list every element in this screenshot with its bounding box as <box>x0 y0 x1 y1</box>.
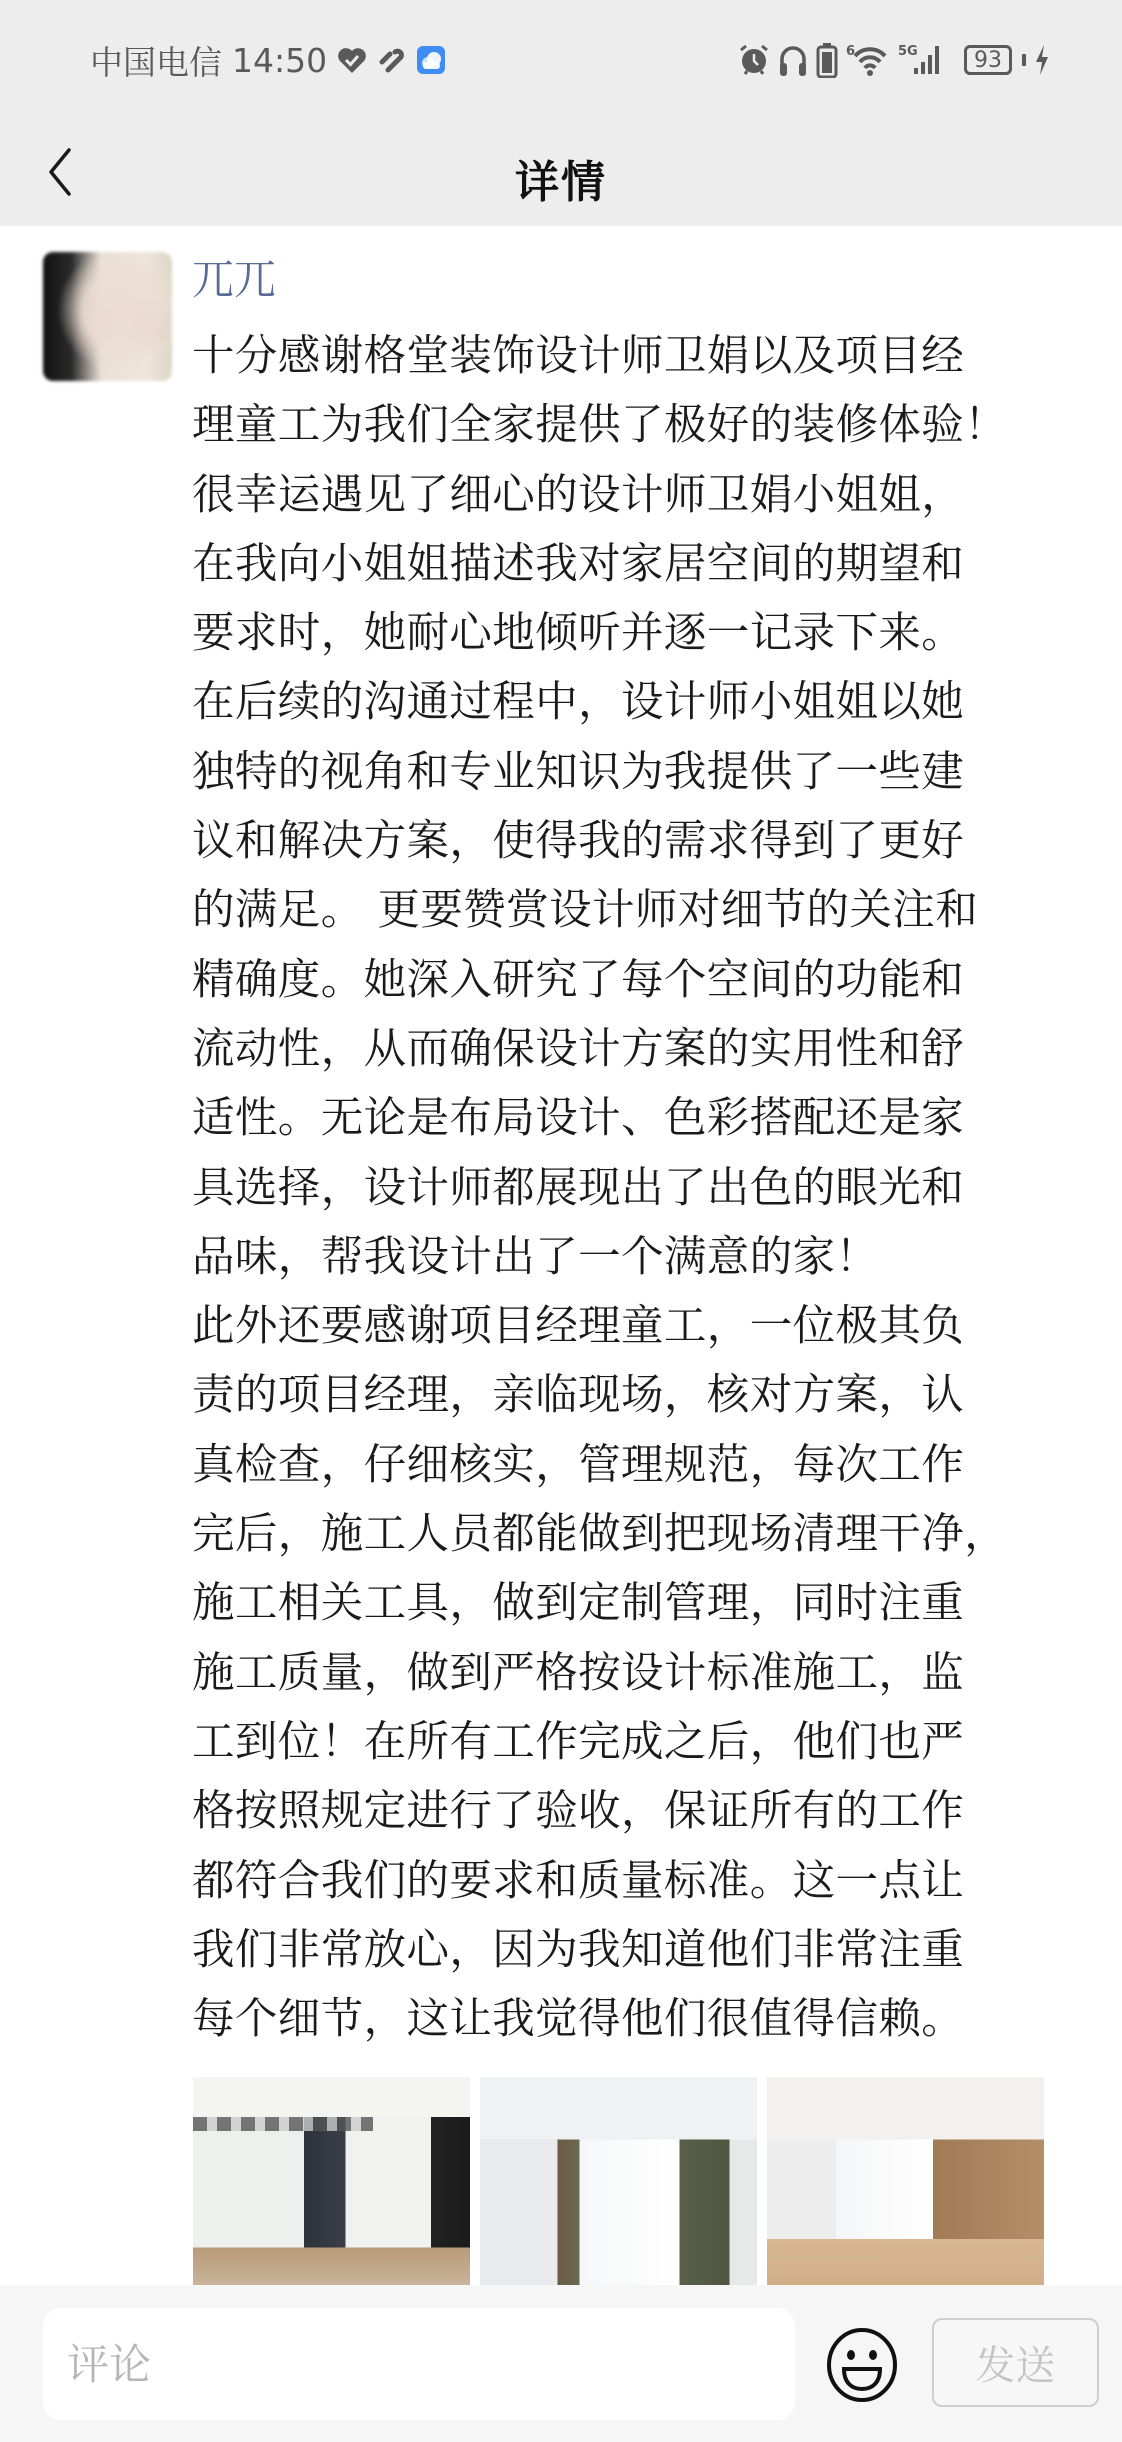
heart-check-icon <box>337 46 367 74</box>
cloud-app-icon <box>417 46 445 74</box>
battery-saver-icon <box>816 42 838 78</box>
alarm-icon <box>738 43 770 77</box>
post-line: 此外还要感谢项目经理童工，一位极其负 <box>192 1292 1092 1361</box>
battery-tip <box>1022 54 1026 66</box>
wifi6-icon: 6 <box>846 42 890 78</box>
nav-bar: 详情 <box>0 120 1122 226</box>
post-line: 真检查，仔细核实，管理规范，每次工作 <box>192 1431 1092 1500</box>
post-line: 施工质量，做到严格按设计标准施工，监 <box>192 1639 1092 1708</box>
comment-input[interactable] <box>43 2308 795 2420</box>
post-line: 施工相关工具，做到定制管理，同时注重 <box>192 1569 1092 1638</box>
post-line: 我们非常放心，因为我知道他们非常注重 <box>192 1916 1092 1985</box>
post-detail: 兀兀 十分感谢格堂装饰设计师卫娟以及项目经 理童工为我们全家提供了极好的装修体验… <box>0 226 1122 2286</box>
post-line: 适性。无论是布局设计、色彩搭配还是家 <box>192 1084 1092 1153</box>
post-line: 在后续的沟通过程中，设计师小姐姐以她 <box>192 668 1092 737</box>
carrier-label: 中国电信 <box>90 37 222 84</box>
post-line: 品味，帮我设计出了一个满意的家！ <box>192 1223 1092 1292</box>
headphones-icon <box>778 43 808 77</box>
comment-bar: 发送 <box>0 2285 1122 2442</box>
post-line: 具选择，设计师都展现出了出色的眼光和 <box>192 1154 1092 1223</box>
page-title: 详情 <box>0 146 1122 210</box>
avatar[interactable] <box>43 252 172 381</box>
post-image-grid <box>193 2077 1044 2285</box>
post-line: 很幸运遇见了细心的设计师卫娟小姐姐， <box>192 461 1092 530</box>
post-line: 工到位！在所有工作完成之后，他们也严 <box>192 1708 1092 1777</box>
emoji-button[interactable] <box>822 2325 902 2405</box>
post-line: 格按照规定进行了验收，保证所有的工作 <box>192 1777 1092 1846</box>
clock: 14:50 <box>232 41 327 80</box>
post-line: 责的项目经理，亲临现场，核对方案，认 <box>192 1361 1092 1430</box>
post-line: 议和解决方案，使得我的需求得到了更好 <box>192 807 1092 876</box>
post-line: 完后，施工人员都能做到把现场清理干净， <box>192 1500 1092 1569</box>
5g-signal-icon: 5G <box>898 42 948 78</box>
send-button[interactable]: 发送 <box>932 2318 1099 2407</box>
post-line: 要求时，她耐心地倾听并逐一记录下来。 <box>192 599 1092 668</box>
link-icon <box>377 46 407 74</box>
status-bar: 中国电信 14:50 6 5G 93 <box>0 0 1122 120</box>
smiley-icon <box>824 2327 900 2403</box>
charging-bolt-icon <box>1034 44 1050 76</box>
post-image[interactable] <box>767 2077 1044 2285</box>
status-left: 中国电信 14:50 <box>90 36 445 84</box>
post-line: 十分感谢格堂装饰设计师卫娟以及项目经 <box>192 322 1092 391</box>
post-line: 精确度。她深入研究了每个空间的功能和 <box>192 946 1092 1015</box>
svg-text:5G: 5G <box>898 44 918 59</box>
post-image[interactable] <box>480 2077 757 2285</box>
post-line: 的满足。 更要赞赏设计师对细节的关注和 <box>192 876 1092 945</box>
post-line: 理童工为我们全家提供了极好的装修体验！ <box>192 391 1092 460</box>
battery-level: 93 <box>964 45 1012 75</box>
status-right: 6 5G 93 <box>738 40 1050 80</box>
username-link[interactable]: 兀兀 <box>192 254 276 306</box>
svg-text:6: 6 <box>846 44 855 59</box>
post-line: 都符合我们的要求和质量标准。这一点让 <box>192 1847 1092 1916</box>
post-line: 每个细节，这让我觉得他们很值得信赖。 <box>192 1985 1092 2054</box>
post-line: 独特的视角和专业知识为我提供了一些建 <box>192 738 1092 807</box>
post-line: 在我向小姐姐描述我对家居空间的期望和 <box>192 530 1092 599</box>
post-body: 十分感谢格堂装饰设计师卫娟以及项目经 理童工为我们全家提供了极好的装修体验！ 很… <box>192 322 1092 2054</box>
post-image[interactable] <box>193 2077 470 2285</box>
post-line: 流动性，从而确保设计方案的实用性和舒 <box>192 1015 1092 1084</box>
